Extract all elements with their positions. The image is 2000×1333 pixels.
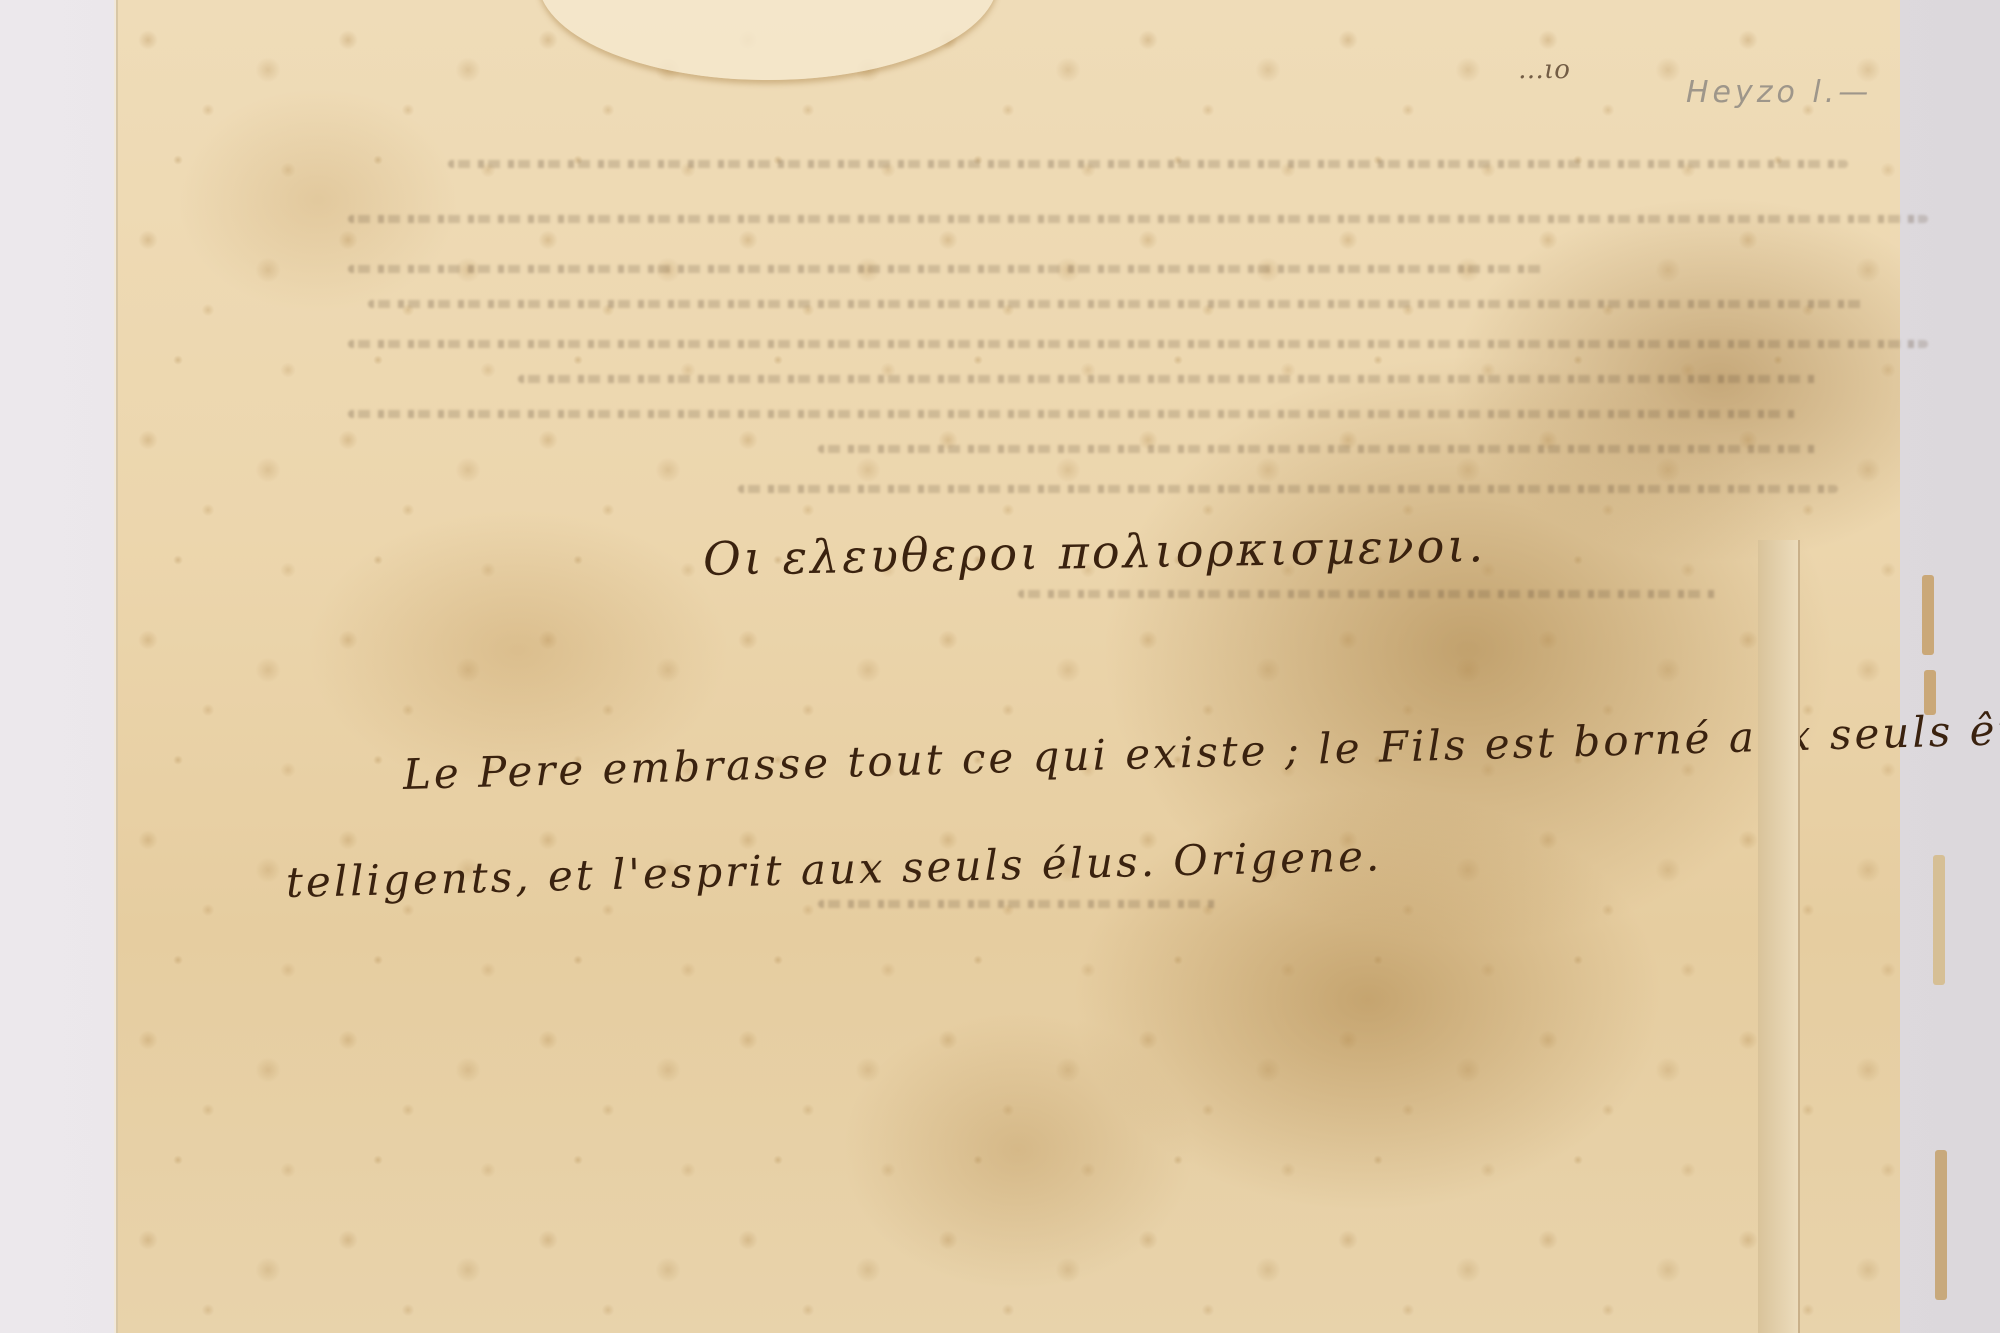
ink-mark-top: …ιο [1518, 55, 1570, 85]
paper-fragment [1924, 670, 1936, 715]
bleed-through-line [348, 410, 1798, 418]
photo-scene: …ιο Heyzo l.— Οι ελευθεροι πολιορκισμενο… [0, 0, 2000, 1333]
bleed-through-line [818, 445, 1818, 453]
paper-fragment [1935, 1150, 1947, 1300]
bleed-through-line [738, 485, 1838, 493]
bleed-through-line [348, 215, 1928, 223]
bleed-through-line [818, 900, 1218, 908]
quote-line-2: telligents, et l'esprit aux seuls élus. … [285, 831, 1382, 907]
bleed-through-line [348, 340, 1928, 348]
greek-title: Οι ελευθεροι πολιορκισμενοι. [703, 518, 1487, 586]
paper-fragment [1933, 855, 1945, 985]
paper-fragment [1922, 575, 1934, 655]
pencil-annotation: Heyzo l.— [1686, 75, 1872, 110]
bleed-through-line [348, 265, 1548, 273]
water-stain [538, 0, 998, 80]
bleed-through-line [518, 375, 1818, 383]
bleed-through-line [368, 300, 1868, 308]
manuscript-page: …ιο Heyzo l.— Οι ελευθεροι πολιορκισμενο… [118, 0, 1900, 1333]
torn-page-edge [1758, 540, 1800, 1333]
bleed-through-line [448, 160, 1848, 168]
bleed-through-line [1018, 590, 1718, 598]
